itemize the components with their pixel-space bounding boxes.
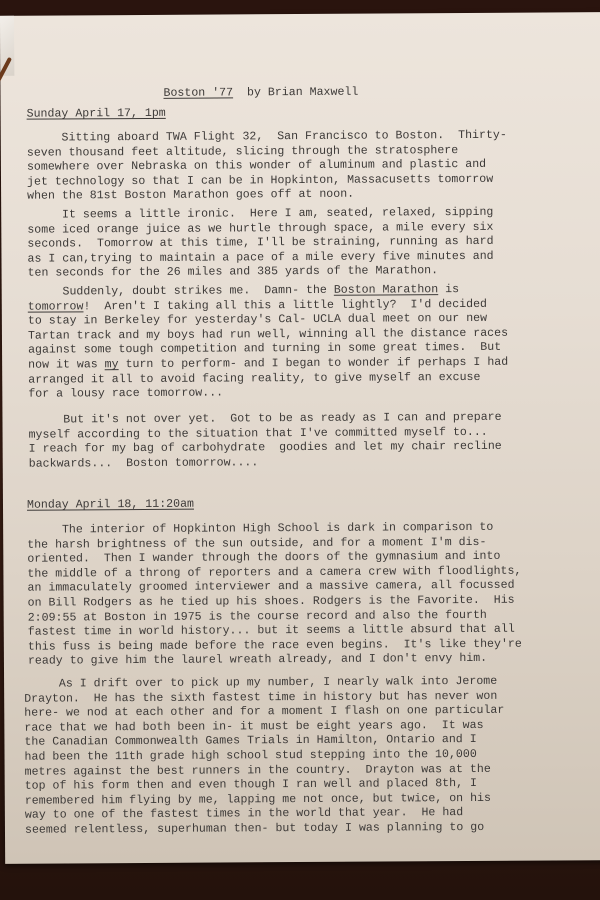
text-line: ready to give him the laurel wreath alre… bbox=[28, 652, 522, 670]
underlined-phrase: my bbox=[105, 358, 119, 371]
document-title-line: Boston '77 by Brian Maxwell bbox=[163, 86, 358, 100]
text-line: seemed relentless, superhuman then- but … bbox=[25, 821, 505, 839]
text-line: when the 81st Boston Marathon goes off a… bbox=[27, 187, 507, 205]
text-line: for a lousy race tomorrow... bbox=[28, 385, 508, 403]
underlined-phrase: tomorrow bbox=[28, 300, 84, 313]
text-line: I reach for my bag of carbohydrate goodi… bbox=[29, 440, 502, 457]
paragraph: As I drift over to pick up my number, I … bbox=[24, 675, 505, 838]
paragraph: But it's not over yet. Got to be as read… bbox=[28, 411, 501, 472]
section-heading-monday: Monday April 18, 11:20am bbox=[27, 498, 194, 512]
document-title: Boston '77 bbox=[163, 86, 233, 99]
paragraph: It seems a little ironic. Here I am, sea… bbox=[27, 206, 494, 282]
section-heading-sunday: Sunday April 17, 1pm bbox=[27, 107, 166, 121]
paragraph: Sitting aboard TWA Flight 32, San Franci… bbox=[27, 129, 507, 205]
underlined-phrase: Boston Marathon bbox=[334, 283, 438, 297]
typewritten-page: Boston '77 by Brian Maxwell Sunday April… bbox=[0, 12, 600, 864]
paragraph-with-underlines: Suddenly, doubt strikes me. Damn- the Bo… bbox=[28, 283, 509, 403]
text-line: backwards... Boston tomorrow.... bbox=[29, 455, 502, 472]
paragraph: The interior of Hopkinton High School is… bbox=[27, 521, 522, 670]
document-byline: by Brian Maxwell bbox=[247, 86, 358, 100]
text-line: ten seconds for the 26 miles and 385 yar… bbox=[28, 264, 494, 281]
